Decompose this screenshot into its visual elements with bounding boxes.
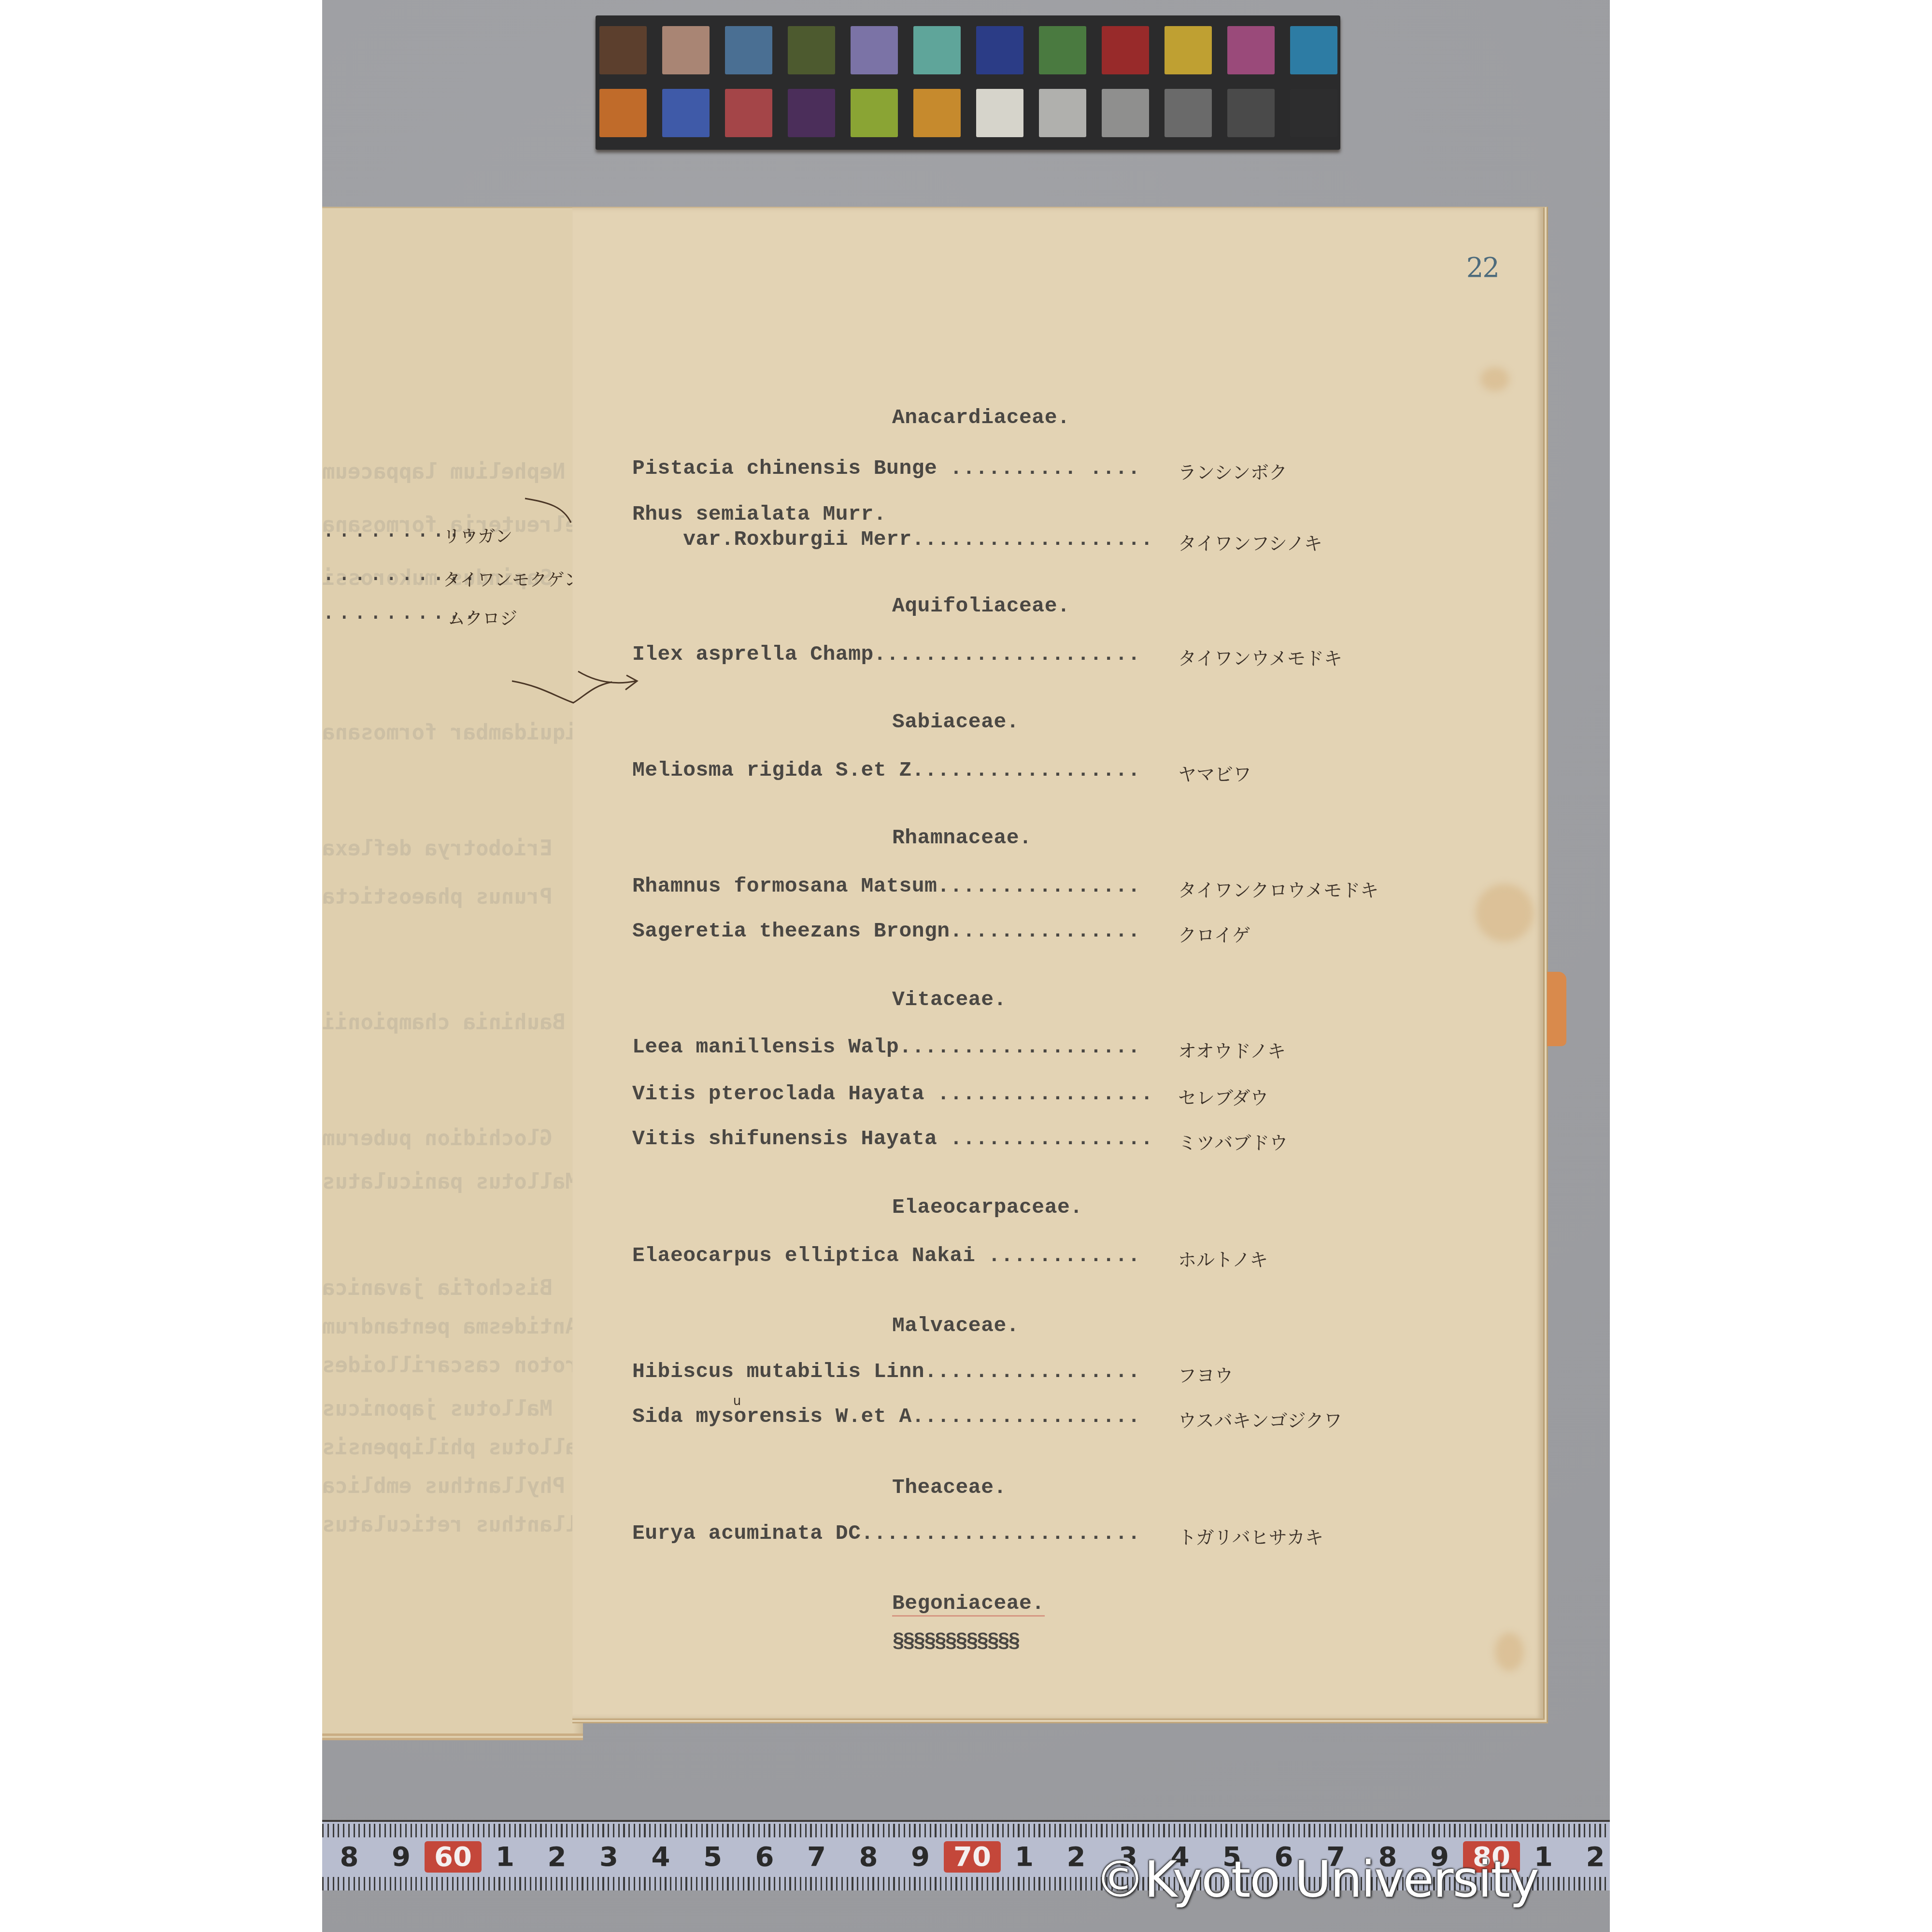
bleed-through-text: Prunus phaeosticta [322, 884, 553, 909]
species-entry: Vitis shifunensis Hayata ...............… [632, 1127, 1153, 1151]
species-entry: Leea manillensis Walp................... [632, 1035, 1140, 1059]
species-entry: Sida mysorensis W.et A.................. [632, 1405, 1140, 1428]
copyright-watermark: ©Kyoto University [1095, 1850, 1538, 1909]
handwritten-japanese-name: タイワンフシノキ [1178, 528, 1322, 555]
ruler-label: 1 [491, 1841, 520, 1873]
handwritten-japanese-name: ヤマビワ [1178, 759, 1251, 786]
orange-index-tab [1547, 972, 1566, 1046]
bleed-through-text: Bauhinia championii [322, 1010, 565, 1035]
handwritten-japanese-name: ランシンボク [1178, 457, 1287, 484]
family-heading-text: Elaeocarpaceae. [892, 1195, 1083, 1219]
bleed-through-text: Glochidion puberum [322, 1126, 553, 1151]
bleed-through-text: Croton cascarilloides [322, 1353, 591, 1378]
foxing-stain [1476, 884, 1534, 942]
species-entry: Elaeocarpus elliptica Nakai ............ [632, 1244, 1140, 1267]
color-patch [976, 89, 1023, 137]
ruler-label: 6 [750, 1841, 779, 1873]
color-checker-row-1 [599, 26, 1353, 74]
ruler-label: 7 [802, 1841, 831, 1873]
ruler-label: 2 [1062, 1841, 1091, 1873]
ruler-label: 4 [646, 1841, 675, 1873]
color-patch [976, 26, 1023, 74]
family-heading-text: Rhamnaceae. [892, 826, 1032, 850]
bleed-through-text: Bischofia javanica [322, 1276, 553, 1300]
handwritten-japanese-name: ミツバブドウ [1178, 1128, 1288, 1154]
color-patch [1039, 26, 1086, 74]
color-patch [662, 89, 710, 137]
color-patch [1039, 89, 1086, 137]
handwritten-correction: u [733, 1394, 741, 1408]
section-terminator: §§§§§§§§§§§§ [892, 1630, 1019, 1654]
scan-background: Nephelium lappaceum Koelreuteria formosa… [322, 0, 1610, 1932]
color-patch [1227, 26, 1275, 74]
family-heading-text: Malvaceae. [892, 1314, 1019, 1337]
handwritten-annotation: ムクロジ [448, 605, 517, 630]
color-patch [1102, 89, 1149, 137]
family-heading-text: Theaceae. [892, 1476, 1007, 1499]
color-patch [1227, 89, 1275, 137]
color-patch [725, 26, 772, 74]
family-heading-text: Aquifoliaceae. [892, 594, 1070, 618]
handwritten-annotation: リウガン [443, 523, 512, 548]
family-heading-text: Sabiaceae. [892, 710, 1019, 734]
ruler-ticks [322, 1824, 1610, 1837]
ruler-label: 8 [335, 1841, 364, 1873]
color-patch [1102, 26, 1149, 74]
species-entry: Vitis pteroclada Hayata ................… [632, 1082, 1153, 1106]
bleed-through-text: Mallotus paniculatus [322, 1169, 578, 1194]
handwritten-japanese-name: タイワンクロウメモドキ [1178, 875, 1378, 902]
color-checker-card [596, 15, 1340, 150]
ruler-label: 2 [1581, 1841, 1610, 1873]
color-patch [788, 89, 835, 137]
color-checker-row-2 [599, 89, 1353, 137]
color-patch [599, 26, 647, 74]
bleed-through-text: Liquidambar formosana [322, 720, 591, 745]
color-patch [1165, 89, 1212, 137]
species-entry: var.Roxburgii Merr................... [632, 527, 1153, 551]
color-patch [851, 26, 898, 74]
ruler-major-label: 60 [425, 1841, 482, 1873]
color-patch [662, 26, 710, 74]
bleed-through-text: Mallotus japonicus [322, 1396, 553, 1421]
handwritten-japanese-name: ホルトノキ [1178, 1245, 1268, 1271]
color-patch [1165, 26, 1212, 74]
handwritten-japanese-name: オオウドノキ [1178, 1036, 1286, 1063]
right-page: 22 Anacardiaceae.Pistacia chinensis Bung… [572, 207, 1548, 1723]
ruler-major-label: 70 [944, 1841, 1001, 1873]
handwritten-japanese-name: セレブダウ [1178, 1083, 1268, 1109]
species-entry: Pistacia chinensis Bunge .......... .... [632, 456, 1140, 480]
species-entry: Ilex asprella Champ..................... [632, 642, 1140, 666]
species-entry: Hibiscus mutabilis Linn................. [632, 1360, 1140, 1383]
bleed-through-text: Eriobotrya deflexa [322, 836, 553, 861]
color-patch [913, 89, 961, 137]
page-number: 22 [1466, 252, 1499, 284]
family-heading-text: Vitaceae. [892, 988, 1007, 1011]
species-entry: Sageretia theezans Brongn............... [632, 919, 1140, 943]
species-entry: Eurya acuminata DC...................... [632, 1521, 1140, 1545]
foxing-stain [1480, 367, 1509, 391]
ruler-label: 8 [854, 1841, 883, 1873]
color-patch [913, 26, 961, 74]
color-patch [1290, 89, 1337, 137]
bleed-through-text: Nephelium lappaceum [322, 459, 565, 484]
family-heading-text: Anacardiaceae. [892, 406, 1070, 429]
ruler-label: 2 [542, 1841, 571, 1873]
bleed-through-text: Phyllanthus emblica [322, 1474, 565, 1498]
ruler-label: 9 [906, 1841, 935, 1873]
foxing-stain [1495, 1633, 1524, 1671]
color-patch [1290, 26, 1337, 74]
color-patch [788, 26, 835, 74]
ruler-label: 1 [1010, 1841, 1039, 1873]
left-page: Nephelium lappaceum Koelreuteria formosa… [322, 207, 583, 1740]
color-patch [725, 89, 772, 137]
handwritten-japanese-name: タイワンウメモドキ [1178, 643, 1342, 670]
handwritten-japanese-name: フヨウ [1178, 1361, 1233, 1387]
ruler-label: 9 [387, 1841, 416, 1873]
species-entry: Meliosma rigida S.et Z.................. [632, 758, 1140, 782]
family-heading-text: Begoniaceae. [892, 1591, 1045, 1617]
handwritten-japanese-name: ウスバキンゴジクワ [1178, 1406, 1342, 1432]
color-patch [851, 89, 898, 137]
species-entry: Rhamnus formosana Matsum................ [632, 874, 1140, 898]
bleed-through-text: Mallotus philippensis [322, 1435, 591, 1460]
handwritten-japanese-name: クロイゲ [1178, 920, 1250, 947]
species-entry: Rhus semialata Murr. [632, 502, 886, 526]
handwritten-japanese-name: トガリバヒサカキ [1178, 1522, 1323, 1549]
ruler-label: 3 [595, 1841, 624, 1873]
bleed-through-text: Antidesma pentandrum [322, 1314, 578, 1339]
color-patch [599, 89, 647, 137]
ruler-label: 5 [698, 1841, 727, 1873]
